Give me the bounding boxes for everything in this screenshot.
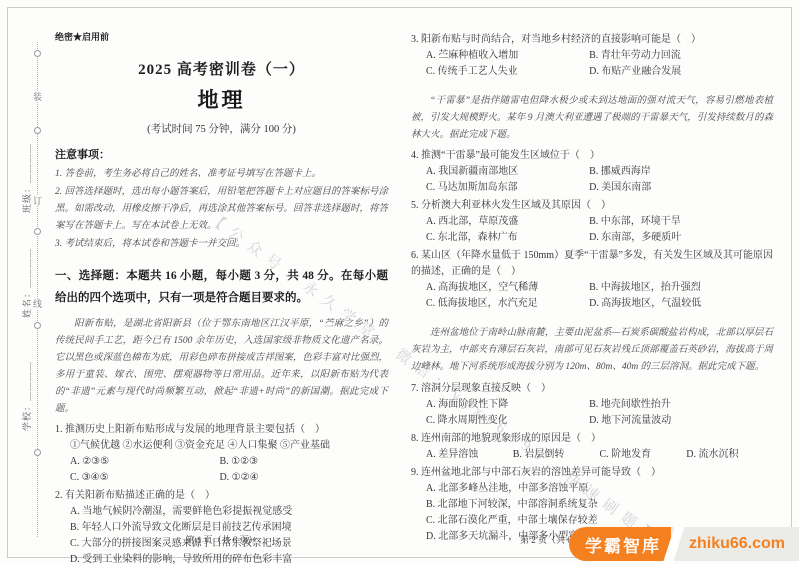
binding-char-zhuang: 装 — [33, 92, 42, 102]
binding-char-xian: 线 — [33, 299, 42, 309]
binding-dot — [34, 449, 41, 456]
question-stem: 9. 连州盆地北部与中部石灰岩的溶蚀差异可能导致（ ） — [411, 465, 773, 481]
subject-title: 地理 — [55, 84, 388, 118]
question-8: 8. 连州南部的地貌现象形成的原因是（ ） A. 差异溶蚀 B. 岩层倒转 C.… — [411, 431, 773, 463]
option: D. 美国东南部 — [589, 180, 651, 196]
option: A. 北部多峰丛洼地，中部多溶蚀平原 — [411, 481, 773, 497]
option: D. 流水沉积 — [686, 447, 773, 463]
option: B. 岩层倒转 — [513, 447, 600, 463]
option: D. 受到工业染料的影响，导致所用的碎布色彩丰富 — [55, 552, 388, 565]
brand-name: 学霸智库 — [569, 527, 671, 561]
class-fill-label: 班级：＿＿＿＿ — [20, 143, 33, 213]
passage-yangxin: 阳新布贴，是湖北省阳新县（位于鄂东南地区江汉平原，“苎麻之乡”）的传统民间手工艺… — [55, 316, 388, 419]
question-1: 1. 推测历史上阳新布贴形成与发展的地理背景主要包括（ ） ①气候优越 ②水运便… — [55, 422, 388, 486]
binding-dot — [34, 127, 41, 134]
option: D. 东南部，多硬质叶 — [589, 230, 681, 246]
exam-title: 2025 高考密训卷（一） — [55, 58, 388, 82]
notice-item: 2. 回答选择题时，选出每小题答案后，用铅笔把答题卡上对应题目的答案标号涂黑。如… — [55, 184, 388, 235]
option: A. 差异溶蚀 — [426, 447, 513, 463]
notice-item: 1. 答卷前，考生务必将自己的姓名、准考证号填写在答题卡上。 — [55, 166, 388, 183]
question-6: 6. 某山区（年降水量低于 150mm）夏季“干雷暴”多发，有关发生区域及其可能… — [411, 248, 773, 312]
option: C. 降水周期性变化 — [426, 413, 589, 429]
option: A. 我国新疆南部地区 — [426, 164, 589, 180]
scanned-exam-sheet: 装 订 线 班级：＿＿＿＿ 姓名：＿＿＿＿ 学校：＿＿＿＿ 【公众号：永久学堂。… — [0, 0, 799, 565]
name-fill-label: 姓名：＿＿＿＿ — [20, 248, 33, 318]
option: C. 阶地发育 — [600, 447, 687, 463]
passage-lianzhou-basin: 连州盆地位于南岭山脉南麓，主要由泥盆系—石炭系碳酸盐岩构成，北部以厚层石灰岩为主… — [411, 325, 773, 376]
question-subitems: ①气候优越 ②水运便利 ③资金充足 ④人口集聚 ⑤产业基础 — [55, 438, 388, 454]
option: C. 传统手工艺人失业 — [426, 64, 589, 80]
option: A. ②③⑤ — [70, 454, 219, 470]
question-stem: 6. 某山区（年降水量低于 150mm）夏季“干雷暴”多发，有关发生区域及其可能… — [411, 248, 773, 280]
question-5: 5. 分析澳大利亚林火发生区域及其原因（ ） A. 西北部，草原茂盛 B. 中东… — [411, 198, 773, 246]
option: C. 东北部，森林广布 — [426, 230, 589, 246]
option: A. 当地气候阴冷潮湿，需要鲜艳色彩提振视觉感受 — [55, 504, 388, 520]
zhiku-brand-badge: 学霸智库 zhiku66.com — [569, 527, 799, 561]
option: D. 地下河流量波动 — [589, 413, 671, 429]
page-1: 绝密★启用前 2025 高考密训卷（一） 地理 (考试时间 75 分钟，满分 1… — [55, 30, 388, 565]
option: A. 苎麻种植收入增加 — [426, 48, 589, 64]
question-stem: 4. 推测“干雷暴”最可能发生区域位于（ ） — [411, 148, 773, 164]
binding-dot — [34, 228, 41, 235]
question-stem: 2. 有关阳新布贴描述正确的是（ ） — [55, 488, 388, 504]
brand-site: zhiku66.com — [681, 527, 799, 561]
option: D. ①②④ — [219, 470, 258, 486]
notice-item: 3. 考试结束后，将本试卷和答题卡一并交回。 — [55, 236, 388, 253]
option: A. 西北部，草原茂盛 — [426, 214, 589, 230]
option: D. 布贴产业融合发展 — [589, 64, 681, 80]
school-fill-label: 学校：＿＿＿＿ — [20, 361, 33, 431]
option: B. 地壳间歇性抬升 — [589, 397, 671, 413]
option: A. 海面阶段性下降 — [426, 397, 589, 413]
option: B. 中海拔地区，抬升强烈 — [589, 280, 701, 296]
option: C. 低海拔地区，水汽充足 — [426, 296, 589, 312]
question-stem: 7. 溶洞分层现象直接反映（ ） — [411, 381, 773, 397]
page-2: 3. 阳新布贴与时尚结合，对当地乡村经济的直接影响可能是（ ） A. 苎麻种植收… — [411, 30, 773, 545]
option: C. 马达加斯加岛东部 — [426, 180, 589, 196]
section-header: 一、选择题：本题共 16 小题，每小题 3 分，共 48 分。在每小题给出的四个… — [55, 265, 388, 310]
question-3: 3. 阳新布贴与时尚结合，对当地乡村经济的直接影响可能是（ ） A. 苎麻种植收… — [411, 32, 773, 80]
binding-char-ding: 订 — [33, 196, 42, 206]
notice-title: 注意事项： — [55, 147, 388, 165]
option: B. 挪威西海岸 — [589, 164, 651, 180]
option: B. 北部地下河较深，中部溶洞系统复杂 — [411, 497, 773, 513]
passage-dry-thunderstorm: “干雷暴”是指伴随雷电但降水极少或未到达地面的强对流天气，容易引燃地表植被，引发… — [411, 93, 773, 144]
option: A. 高海拔地区，空气稀薄 — [426, 280, 589, 296]
option: B. 青壮年劳动力回流 — [589, 48, 681, 64]
page-1-footer: 第 1 页（共 6 页） — [55, 533, 388, 546]
security-label: 绝密★启用前 — [55, 30, 388, 44]
option: C. ③④⑤ — [70, 470, 219, 486]
option: D. 高海拔地区，气温较低 — [589, 296, 701, 312]
question-stem: 1. 推测历史上阳新布贴形成与发展的地理背景主要包括（ ） — [55, 422, 388, 438]
option: B. ①②③ — [219, 454, 258, 470]
binding-dot — [34, 322, 41, 329]
question-stem: 3. 阳新布贴与时尚结合，对当地乡村经济的直接影响可能是（ ） — [411, 32, 773, 48]
binding-dot — [34, 50, 41, 57]
exam-info: (考试时间 75 分钟，满分 100 分) — [55, 122, 388, 139]
question-4: 4. 推测“干雷暴”最可能发生区域位于（ ） A. 我国新疆南部地区 B. 挪威… — [411, 148, 773, 196]
question-stem: 8. 连州南部的地貌现象形成的原因是（ ） — [411, 431, 773, 447]
binding-line — [37, 42, 38, 537]
question-2: 2. 有关阳新布贴描述正确的是（ ） A. 当地气候阴冷潮湿，需要鲜艳色彩提振视… — [55, 488, 388, 565]
question-7: 7. 溶洞分层现象直接反映（ ） A. 海面阶段性下降 B. 地壳间歇性抬升 C… — [411, 381, 773, 429]
question-stem: 5. 分析澳大利亚林火发生区域及其原因（ ） — [411, 198, 773, 214]
option: B. 中东部，环境干旱 — [589, 214, 681, 230]
